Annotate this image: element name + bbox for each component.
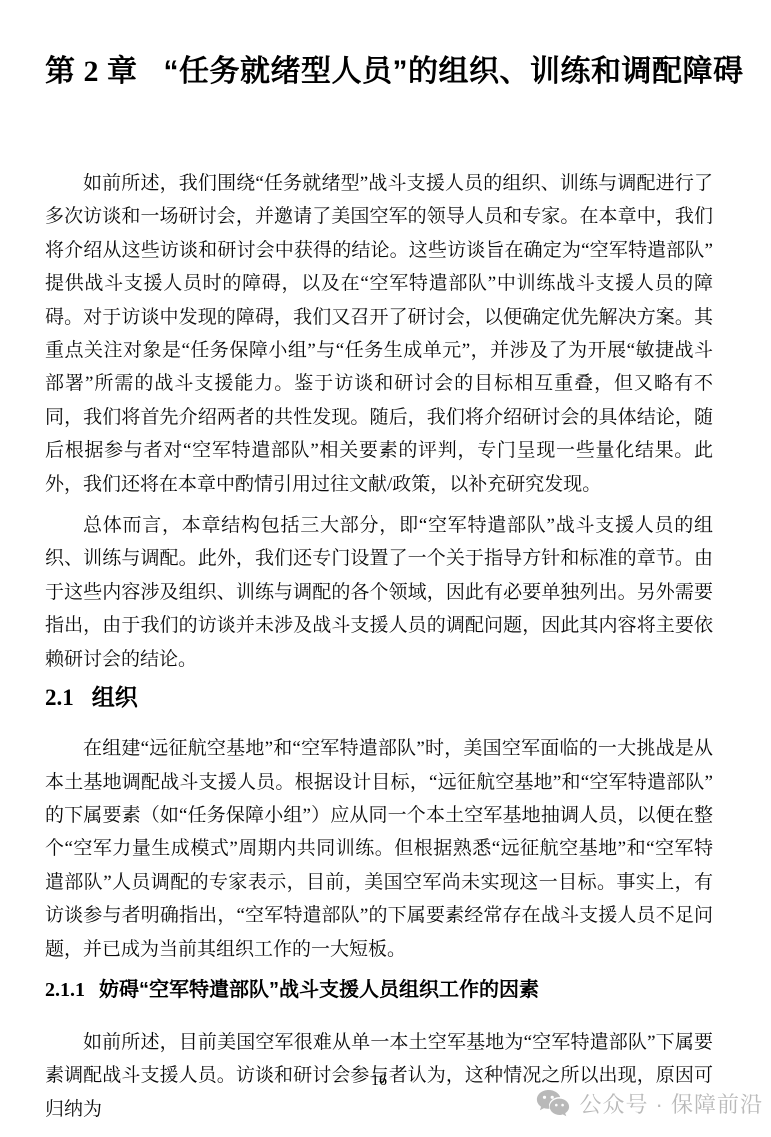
intro-paragraph-1: 如前所述，我们围绕“任务就绪型”战斗支援人员的组织、训练与调配进行了多次访谈和一… [45, 167, 713, 501]
subsection-title: 妨碍“空军特遣部队”战斗支援人员组织工作的因素 [99, 979, 539, 1001]
section-heading-2-1: 2.1组织 [45, 682, 713, 713]
watermark: 公众号 · 保障前沿 [536, 1088, 763, 1119]
chapter-number: 第 2 章 [45, 55, 138, 88]
subsection-heading-2-1-1: 2.1.1妨碍“空军特遣部队”战斗支援人员组织工作的因素 [45, 976, 713, 1004]
page-content: 第 2 章“任务就绪型人员”的组织、训练和调配障碍 如前所述，我们围绕“任务就绪… [45, 0, 713, 1126]
section-2-1-paragraph: 在组建“远征航空基地”和“空军特遣部队”时，美国空军面临的一大挑战是从本土基地调… [45, 732, 713, 966]
intro-paragraph-2: 总体而言，本章结构包括三大部分，即“空军特遣部队”战斗支援人员的组织、训练与调配… [45, 509, 713, 676]
chapter-title: “任务就绪型人员”的组织、训练和调配障碍 [164, 55, 744, 88]
section-title: 组织 [92, 684, 138, 710]
wechat-icon [536, 1089, 570, 1118]
section-number: 2.1 [45, 685, 74, 710]
watermark-text: 公众号 · 保障前沿 [579, 1088, 763, 1119]
subsection-number: 2.1.1 [45, 979, 85, 1001]
chapter-heading: 第 2 章“任务就绪型人员”的组织、训练和调配障碍 [45, 50, 713, 94]
document-page: 第 2 章“任务就绪型人员”的组织、训练和调配障碍 如前所述，我们围绕“任务就绪… [0, 0, 771, 1137]
